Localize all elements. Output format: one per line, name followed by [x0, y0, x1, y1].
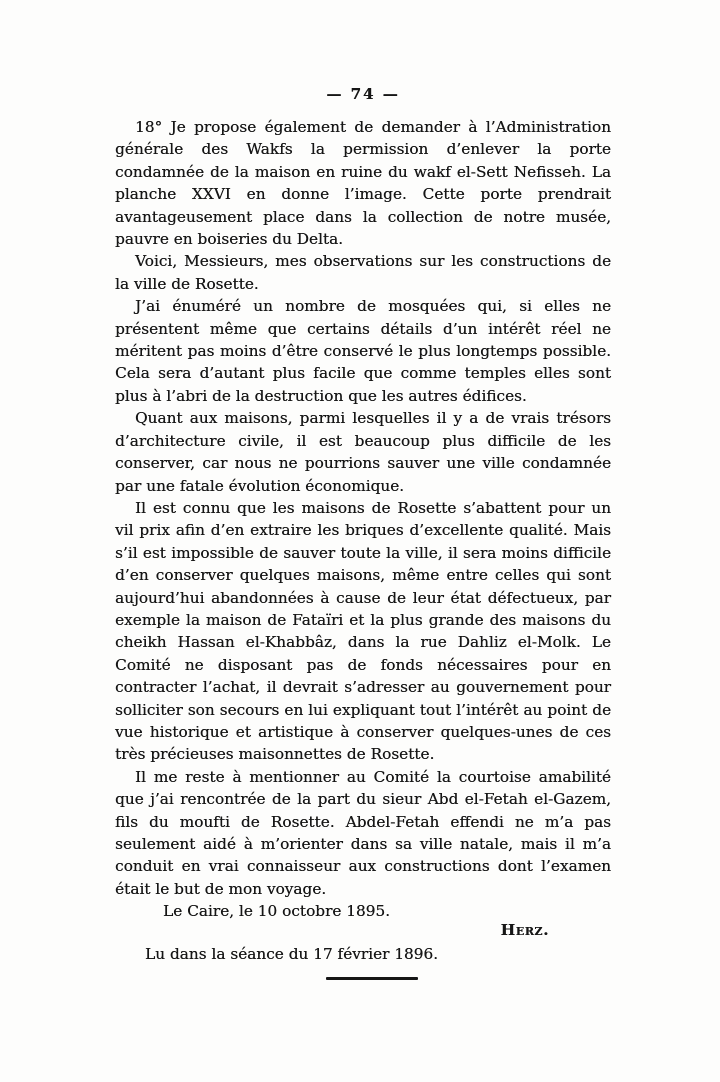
page-number: — 74 — [115, 82, 611, 106]
closing-rule [326, 977, 418, 980]
text-block: — 74 — 18° Je propose également de deman… [115, 82, 611, 980]
document-page: — 74 — 18° Je propose également de deman… [0, 0, 720, 1082]
paragraph-mosques: J’ai énuméré un nombre de mosquées qui, … [115, 295, 611, 407]
paragraph-houses: Quant aux maisons, parmi lesquelles il y… [115, 407, 611, 497]
session-note: Lu dans la séance du 17 février 1896. [145, 943, 611, 965]
paragraph-acknowledgement: Il me reste à mentionner au Comité la co… [115, 766, 611, 900]
body-text: 18° Je propose également de demander à l… [115, 116, 611, 980]
paragraph-rosette-houses: Il est connu que les maisons de Rosette … [115, 497, 611, 766]
paragraph-observations-intro: Voici, Messieurs, mes observations sur l… [115, 250, 611, 295]
paragraph-proposal-18: 18° Je propose également de demander à l… [115, 116, 611, 250]
